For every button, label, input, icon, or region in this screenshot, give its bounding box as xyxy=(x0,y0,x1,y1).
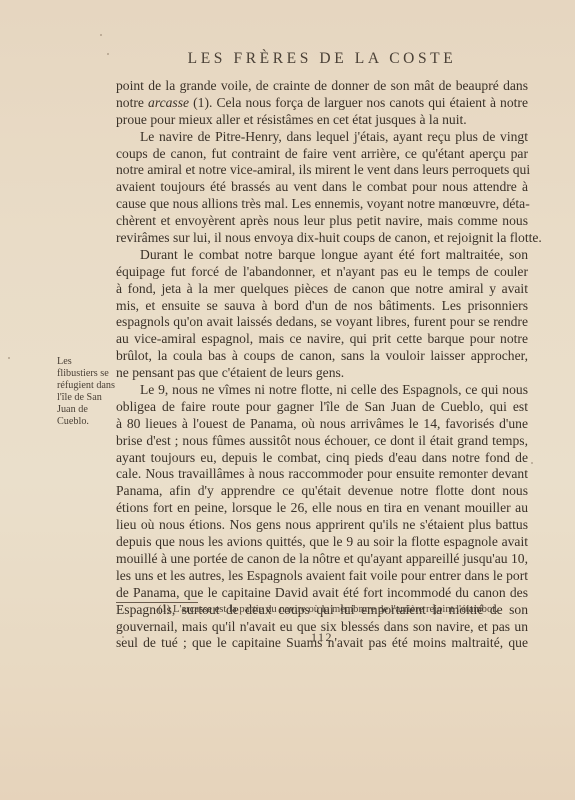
text-line: de Panama, que le capitaine David avait … xyxy=(116,585,528,602)
margin-note-line: réfugient dans xyxy=(57,380,117,392)
text-line: les uns et les autres, les Espagnols ava… xyxy=(116,568,528,585)
text-line: brise d'est ; nous fûmes aussitôt nous é… xyxy=(116,433,528,450)
text-line: lieu où nous étions. Nos gens nous appri… xyxy=(116,517,528,534)
text-line: Durant le combat notre barque longue aya… xyxy=(116,247,528,264)
italic-term: arcasse xyxy=(148,95,189,110)
text-line: avaient toujours été brassés au vent dan… xyxy=(116,179,528,196)
book-page: LES FRÈRES DE LA COSTE point de la grand… xyxy=(0,0,575,800)
text-line: Panama, afin d'y apprendre ce qu'était d… xyxy=(116,483,528,500)
text-line: à 80 lieues à l'ouest de Panama, où nous… xyxy=(116,416,528,433)
text-line: mis, et ensuite se sauva à bord d'un de … xyxy=(116,298,528,315)
text-line: espagnols qu'on avait laissés dedans, se… xyxy=(116,314,528,331)
margin-note-line: Cueblo. xyxy=(57,416,117,428)
paper-speck xyxy=(107,53,109,55)
text-line: équipage fut forcé de l'abandonner, et n… xyxy=(116,264,528,281)
text-line: mouillé à une portée de canon de la nôtr… xyxy=(116,551,528,568)
running-head: LES FRÈRES DE LA COSTE xyxy=(116,50,528,68)
text-line: depuis que nous les avions quittés, que … xyxy=(116,534,528,551)
text-line: au vice-amiral espagnol, mais ce navire,… xyxy=(116,331,528,348)
margin-note-line: flibustiers se xyxy=(57,368,117,380)
text-line: Le 9, nous ne vîmes ni notre flotte, ni … xyxy=(116,382,528,399)
page-number: 112 xyxy=(116,630,528,645)
paper-speck xyxy=(122,636,124,638)
paper-speck xyxy=(8,357,10,359)
text-line: coups de canon, fut contraint de faire v… xyxy=(116,146,528,163)
margin-note-line: l'île de San xyxy=(57,392,117,404)
margin-note-line: Les xyxy=(57,356,117,368)
footnote: (1) L'arcasse est la partie du navire où… xyxy=(158,603,528,616)
text-line: proue pour mieux aller et résistâmes en … xyxy=(116,112,528,129)
paper-speck xyxy=(531,462,533,464)
body-text: point de la grande voile, de crainte de … xyxy=(116,78,528,652)
text-line: notre amiral et notre vice-amiral, ils m… xyxy=(116,162,528,179)
text-line: cause que nous allions très mal. Les enn… xyxy=(116,196,528,213)
margin-note: Lesflibustiers seréfugient dansl'île de … xyxy=(57,356,117,428)
text-line: notre arcasse (1). Cela nous força de la… xyxy=(116,95,528,112)
text-line: cale. Nous travaillâmes à nous raccommod… xyxy=(116,466,528,483)
text-line: Le navire de Pitre-Henry, dans lequel j'… xyxy=(116,129,528,146)
text-line: étions fort en peine, lorsque le 26, ell… xyxy=(116,500,528,517)
text-line: chèrent et envoyèrent après nous leur pl… xyxy=(116,213,528,230)
text-line: ne pensant pas que c'étaient de leurs ge… xyxy=(116,365,528,382)
text-line: à fond, jeta à la mer quelques pièces de… xyxy=(116,281,528,298)
margin-note-line: Juan de xyxy=(57,404,117,416)
text-line: revirâmes sur lui, il nous envoya dix-hu… xyxy=(116,230,528,247)
text-line: ayant toujours eu, depuis le combat, cin… xyxy=(116,450,528,467)
paper-speck xyxy=(100,34,102,36)
text-line: point de la grande voile, de crainte de … xyxy=(116,78,528,95)
text-line: obligea de faire route pour gagner l'île… xyxy=(116,399,528,416)
text-line: brûlot, la coula bas à coups de canon, s… xyxy=(116,348,528,365)
